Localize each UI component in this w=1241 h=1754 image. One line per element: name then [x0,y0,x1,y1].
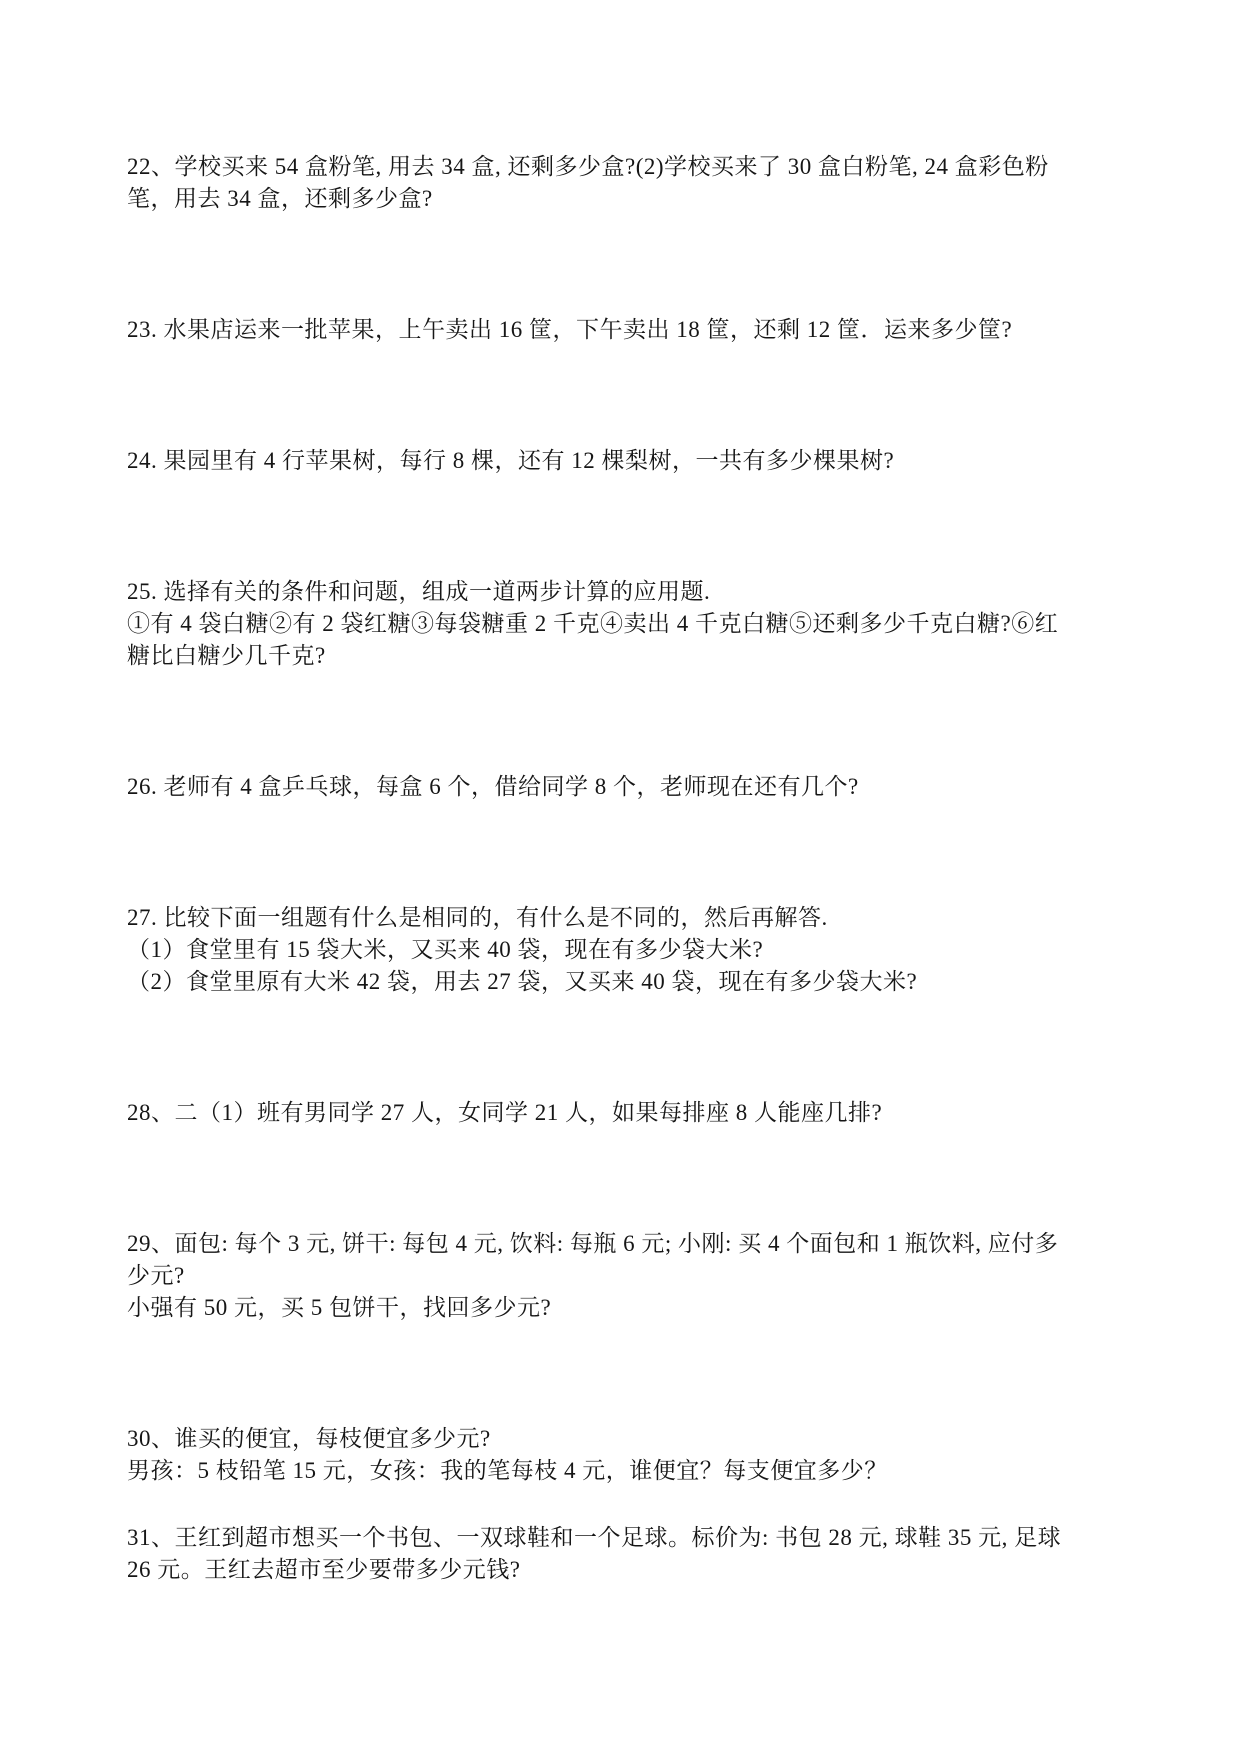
problem-23-line-1: 23. 水果店运来一批苹果，上午卖出 16 筐，下午卖出 18 筐，还剩 12 … [127,314,1153,346]
problem-25-line-3: 糖比白糖少几千克? [127,640,1153,672]
problem-26: 26. 老师有 4 盒乒乓球，每盒 6 个，借给同学 8 个，老师现在还有几个? [127,771,1153,803]
problem-25-line-2: ①有 4 袋白糖②有 2 袋红糖③每袋糖重 2 千克④卖出 4 千克白糖⑤还剩多… [127,608,1153,640]
problem-27: 27. 比较下面一组题有什么是相同的，有什么是不同的，然后再解答.（1）食堂里有… [127,902,1153,998]
problem-30-line-2: 男孩：5 枝铅笔 15 元，女孩：我的笔每枝 4 元，谁便宜？每支便宜多少？ [127,1455,1153,1487]
problem-29: 29、面包: 每个 3 元, 饼干: 每包 4 元, 饮料: 每瓶 6 元; 小… [127,1228,1153,1324]
problem-30: 30、谁买的便宜，每枝便宜多少元?男孩：5 枝铅笔 15 元，女孩：我的笔每枝 … [127,1423,1153,1487]
problem-22-line-2: 笔，用去 34 盒，还剩多少盒? [127,183,1153,215]
problem-31: 31、王红到超市想买一个书包、一双球鞋和一个足球。标价为: 书包 28 元, 球… [127,1522,1153,1586]
problem-list: 22、学校买来 54 盒粉笔, 用去 34 盒, 还剩多少盒?(2)学校买来了 … [127,151,1153,1586]
problem-22: 22、学校买来 54 盒粉笔, 用去 34 盒, 还剩多少盒?(2)学校买来了 … [127,151,1153,215]
problem-24: 24. 果园里有 4 行苹果树，每行 8 棵，还有 12 棵梨树，一共有多少棵果… [127,445,1153,477]
problem-22-line-1: 22、学校买来 54 盒粉笔, 用去 34 盒, 还剩多少盒?(2)学校买来了 … [127,151,1153,183]
problem-23: 23. 水果店运来一批苹果，上午卖出 16 筐，下午卖出 18 筐，还剩 12 … [127,314,1153,346]
problem-27-line-1: 27. 比较下面一组题有什么是相同的，有什么是不同的，然后再解答. [127,902,1153,934]
problem-24-line-1: 24. 果园里有 4 行苹果树，每行 8 棵，还有 12 棵梨树，一共有多少棵果… [127,445,1153,477]
problem-25: 25. 选择有关的条件和问题，组成一道两步计算的应用题.①有 4 袋白糖②有 2… [127,576,1153,672]
problem-25-line-1: 25. 选择有关的条件和问题，组成一道两步计算的应用题. [127,576,1153,608]
problem-29-line-1: 29、面包: 每个 3 元, 饼干: 每包 4 元, 饮料: 每瓶 6 元; 小… [127,1228,1153,1260]
problem-28: 28、二（1）班有男同学 27 人，女同学 21 人，如果每排座 8 人能座几排… [127,1097,1153,1129]
problem-28-line-1: 28、二（1）班有男同学 27 人，女同学 21 人，如果每排座 8 人能座几排… [127,1097,1153,1129]
problem-27-line-3: （2）食堂里原有大米 42 袋，用去 27 袋，又买来 40 袋，现在有多少袋大… [127,966,1153,998]
problem-29-line-3: 小强有 50 元，买 5 包饼干，找回多少元? [127,1292,1153,1324]
problem-31-line-2: 26 元。王红去超市至少要带多少元钱? [127,1554,1153,1586]
problem-27-line-2: （1）食堂里有 15 袋大米，又买来 40 袋，现在有多少袋大米? [127,934,1153,966]
problem-30-line-1: 30、谁买的便宜，每枝便宜多少元? [127,1423,1153,1455]
problem-31-line-1: 31、王红到超市想买一个书包、一双球鞋和一个足球。标价为: 书包 28 元, 球… [127,1522,1153,1554]
worksheet-page: 22、学校买来 54 盒粉笔, 用去 34 盒, 还剩多少盒?(2)学校买来了 … [0,0,1241,1754]
problem-26-line-1: 26. 老师有 4 盒乒乓球，每盒 6 个，借给同学 8 个，老师现在还有几个? [127,771,1153,803]
problem-29-line-2: 少元? [127,1260,1153,1292]
